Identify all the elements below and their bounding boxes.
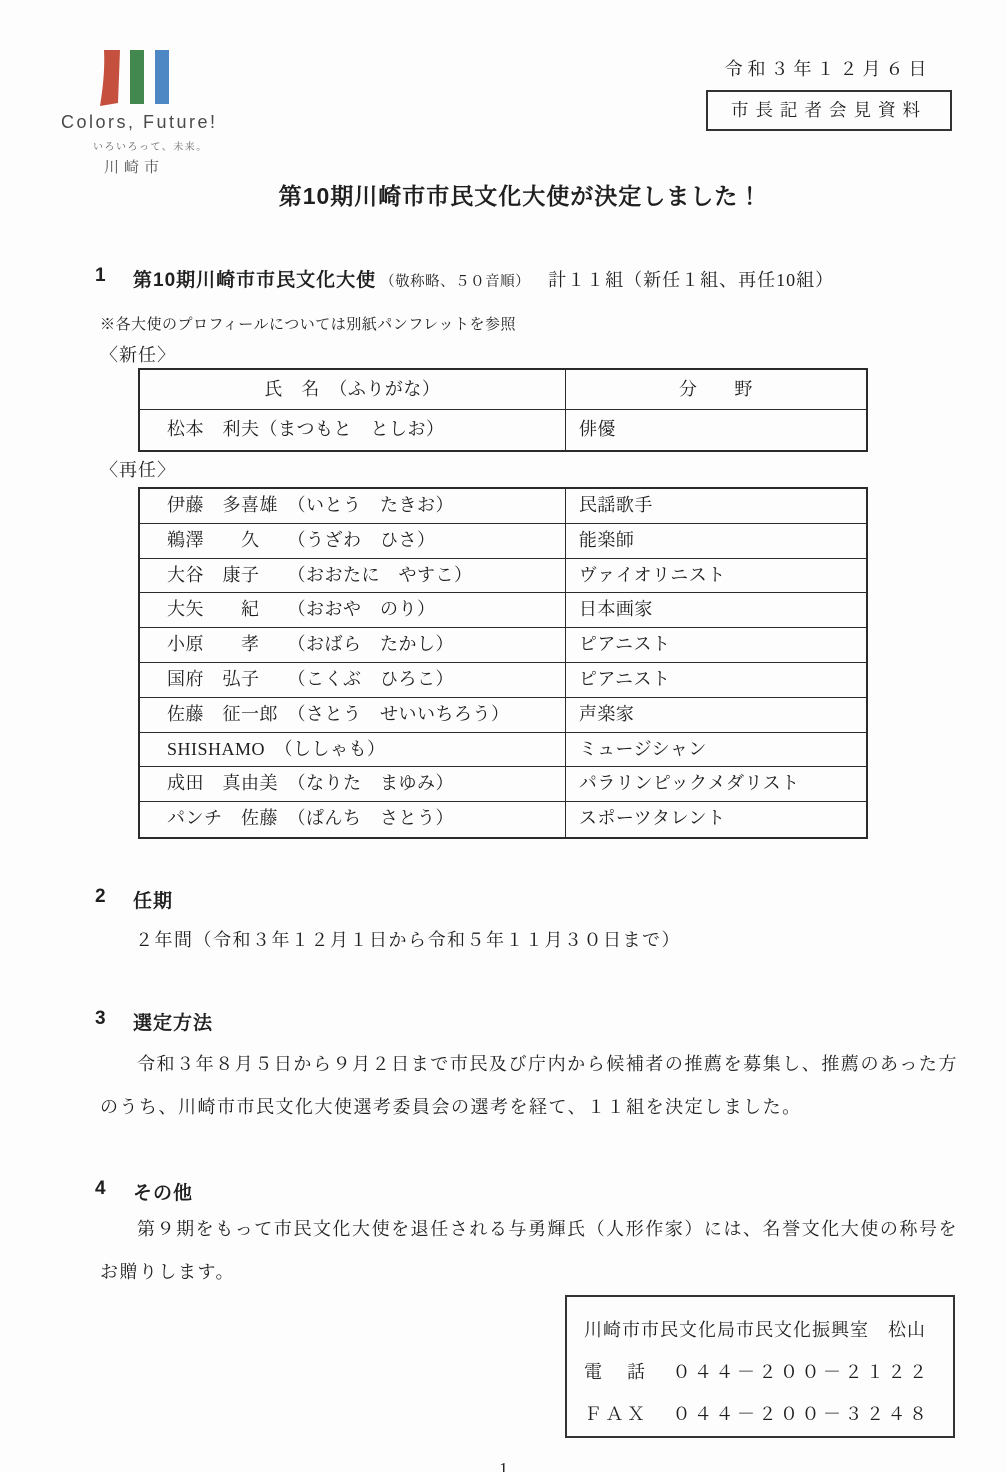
cell-name: 小原 孝 （おばら たかし）: [140, 628, 566, 662]
three-bars-icon: [100, 50, 172, 108]
section1-heading: 第10期川崎市市民文化大使: [133, 270, 376, 291]
page-number: 1: [0, 1459, 1007, 1472]
table-row: パンチ 佐藤 （ぱんち さとう） スポーツタレント: [140, 802, 866, 837]
table-row: 小原 孝 （おばら たかし） ピアニスト: [140, 628, 866, 663]
contact-phone: 電 話 ０４４－２００－２１２２: [584, 1351, 953, 1393]
profile-reference-note: ※各大使のプロフィールについては別紙パンフレットを参照: [100, 313, 516, 334]
table-row: 佐藤 征一郎 （さとう せいいちろう） 声楽家: [140, 698, 866, 733]
cell-name: 伊藤 多喜雄 （いとう たきお）: [140, 489, 566, 523]
cell-field: パラリンピックメダリスト: [566, 767, 866, 801]
cell-field: 日本画家: [566, 593, 866, 627]
cell-field: 民謡歌手: [566, 489, 866, 523]
table-row: 鵜澤 久 （うざわ ひさ） 能楽師: [140, 524, 866, 559]
doc-label-text: 市長記者会見資料: [731, 100, 927, 120]
section4-number: 4: [95, 1178, 107, 1200]
table-header-row: 氏 名 （ふりがな） 分 野: [140, 370, 866, 410]
new-ambassador-table: 氏 名 （ふりがな） 分 野 松本 利夫（まつもと としお） 俳優: [138, 368, 868, 452]
press-release-page: Colors, Future! いろいろって、未来。 川崎市 令和３年１２月６日…: [0, 0, 1007, 1472]
cell-name: 松本 利夫（まつもと としお）: [140, 410, 566, 450]
table-row: 大矢 紀 （おおや のり） 日本画家: [140, 593, 866, 628]
contact-phone-label: 電 話: [584, 1362, 649, 1382]
cell-name: 鵜澤 久 （うざわ ひさ）: [140, 524, 566, 558]
logo-bar-green: [130, 50, 144, 104]
section3-heading-row: 3 選定方法: [0, 1008, 1007, 1036]
section1-heading-note: （敬称略、５０音順）: [380, 274, 530, 290]
table-row: 成田 真由美 （なりた まゆみ） パラリンピックメダリスト: [140, 767, 866, 802]
cell-field: ピアニスト: [566, 663, 866, 697]
cell-name: 大谷 康子 （おおたに やすこ）: [140, 559, 566, 593]
section4-body: 第９期をもって市民文化大使を退任される与勇輝氏（人形作家）には、名誉文化大使の称…: [100, 1208, 958, 1294]
logo-bar-red: [100, 50, 120, 106]
section4-heading-row: 4 その他: [0, 1178, 1007, 1206]
section1-heading-row: 1 第10期川崎市市民文化大使 （敬称略、５０音順） 計１１組（新任１組、再任1…: [0, 265, 1007, 293]
table-row: 伊藤 多喜雄 （いとう たきお） 民謡歌手: [140, 489, 866, 524]
table-row: 国府 弘子 （こくぶ ひろこ） ピアニスト: [140, 663, 866, 698]
contact-box: 川崎市市民文化局市民文化振興室 松山 電 話 ０４４－２００－２１２２ ＦＡＸ …: [565, 1295, 955, 1438]
document-date: 令和３年１２月６日: [705, 55, 951, 81]
table-row: SHISHAMO （ししゃも） ミュージシャン: [140, 733, 866, 768]
cell-field: スポーツタレント: [566, 802, 866, 837]
section1-count: 計１１組（新任１組、再任10組）: [548, 270, 834, 290]
kawasaki-logo: [100, 50, 172, 108]
section2-body: ２年間（令和３年１２月１日から令和５年１１月３０日まで）: [135, 926, 681, 952]
header-cell-name: 氏 名 （ふりがな）: [140, 370, 566, 409]
contact-fax: ＦＡＸ ０４４－２００－３２４８: [584, 1393, 953, 1435]
header-cell-field: 分 野: [566, 370, 866, 409]
cell-name: 佐藤 征一郎 （さとう せいいちろう）: [140, 698, 566, 732]
section3-number: 3: [95, 1008, 107, 1030]
logo-brand-text: Colors, Future!: [61, 112, 218, 133]
cell-field: ヴァイオリニスト: [566, 559, 866, 593]
table-row: 松本 利夫（まつもと としお） 俳優: [140, 410, 866, 450]
logo-bar-blue: [155, 50, 169, 104]
cell-name: 国府 弘子 （こくぶ ひろこ）: [140, 663, 566, 697]
reappointment-label: 〈再任〉: [100, 456, 176, 482]
cell-name: SHISHAMO （ししゃも）: [140, 733, 566, 767]
section2-heading: 任期: [133, 886, 173, 913]
cell-name: パンチ 佐藤 （ぱんち さとう）: [140, 802, 566, 837]
page-title: 第10期川崎市市民文化大使が決定しました！: [38, 178, 1003, 211]
contact-fax-label: ＦＡＸ: [584, 1404, 649, 1424]
section4-heading: その他: [133, 1178, 193, 1205]
cell-name: 成田 真由美 （なりた まゆみ）: [140, 767, 566, 801]
cell-field: 声楽家: [566, 698, 866, 732]
contact-fax-number: ０４４－２００－３２４８: [673, 1404, 931, 1424]
contact-office: 川崎市市民文化局市民文化振興室 松山: [584, 1309, 953, 1351]
section2-number: 2: [95, 886, 107, 908]
section3-heading: 選定方法: [133, 1008, 213, 1035]
logo-tagline: いろいろって、未来。: [93, 138, 208, 153]
cell-field: 俳優: [566, 410, 866, 450]
section2-heading-row: 2 任期: [0, 886, 1007, 914]
section1-number: 1: [95, 265, 107, 287]
section3-body: 令和３年８月５日から９月２日まで市民及び庁内から候補者の推薦を募集し、推薦のあっ…: [100, 1043, 958, 1129]
new-appointment-label: 〈新任〉: [100, 341, 176, 367]
cell-field: 能楽師: [566, 524, 866, 558]
cell-field: ピアニスト: [566, 628, 866, 662]
contact-phone-number: ０４４－２００－２１２２: [673, 1362, 931, 1382]
table-row: 大谷 康子 （おおたに やすこ） ヴァイオリニスト: [140, 559, 866, 594]
reappointed-ambassador-table: 伊藤 多喜雄 （いとう たきお） 民謡歌手 鵜澤 久 （うざわ ひさ） 能楽師 …: [138, 487, 868, 839]
logo-city-name: 川崎市: [104, 156, 164, 177]
cell-name: 大矢 紀 （おおや のり）: [140, 593, 566, 627]
doc-label-box: 市長記者会見資料: [706, 90, 952, 131]
cell-field: ミュージシャン: [566, 733, 866, 767]
